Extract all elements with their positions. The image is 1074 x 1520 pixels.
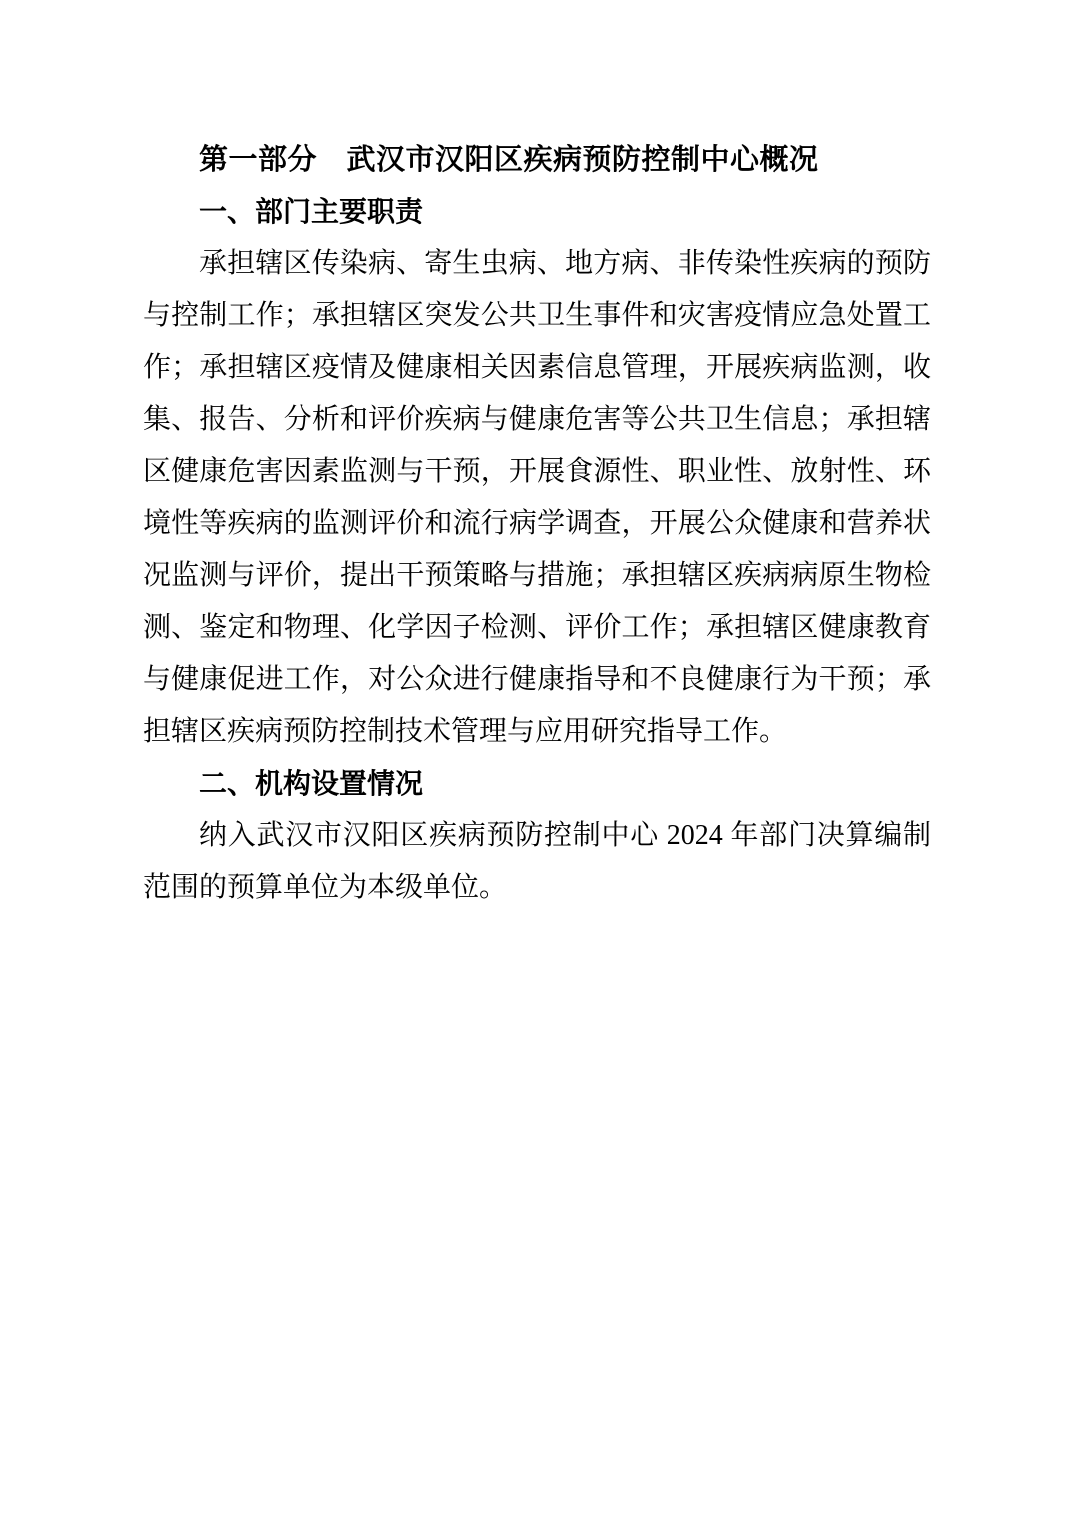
document-page: 第一部分 武汉市汉阳区疾病预防控制中心概况 一、部门主要职责 承担辖区传染病、寄…: [0, 0, 1074, 1520]
paragraph-organization-setup: 纳入武汉市汉阳区疾病预防控制中心 2024 年部门决算编制范围的预算单位为本级单…: [143, 810, 931, 914]
section-heading-main-duties: 一、部门主要职责: [143, 186, 931, 238]
document-title: 第一部分 武汉市汉阳区疾病预防控制中心概况: [143, 134, 931, 186]
paragraph-main-duties: 承担辖区传染病、寄生虫病、地方病、非传染性疾病的预防与控制工作；承担辖区突发公共…: [143, 238, 931, 758]
section-heading-organization-setup: 二、机构设置情况: [143, 758, 931, 810]
